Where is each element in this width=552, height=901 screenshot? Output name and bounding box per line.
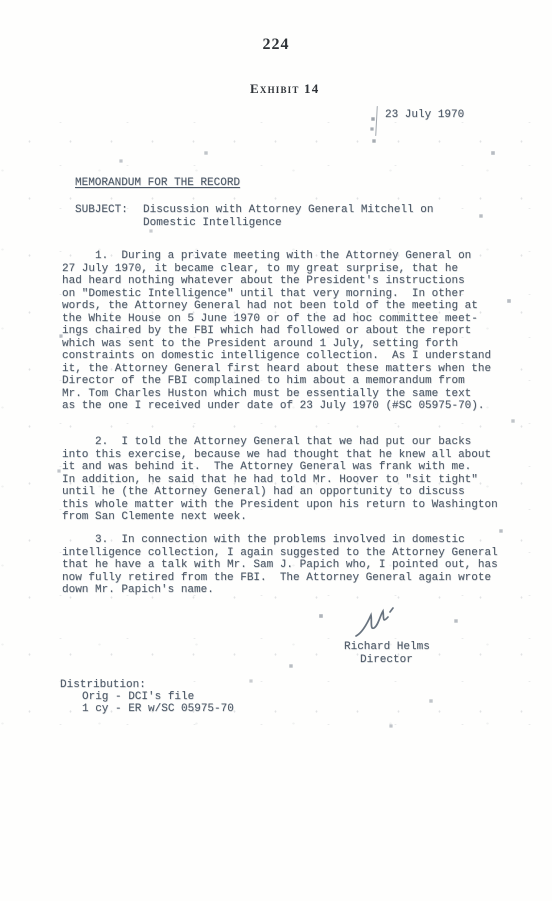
- distribution-orig-line: Orig - DCI's file: [82, 691, 194, 704]
- signature-scribble-icon: [352, 604, 404, 645]
- subject-text: Discussion with Attorney General Mitchel…: [143, 204, 433, 229]
- distribution-label: Distribution:: [60, 679, 146, 692]
- subject-label: SUBJECT:: [75, 204, 128, 217]
- memo-paragraph-3: 3. In connection with the problems invol…: [62, 534, 498, 597]
- page-number: 224: [0, 36, 552, 54]
- memo-heading: MEMORANDUM FOR THE RECORD: [75, 177, 240, 190]
- signature-title: Director: [360, 654, 413, 667]
- memo-date: 23 July 1970: [385, 109, 464, 122]
- scanned-memo-page: 224 Exhibit 14 23 July 1970 MEMORANDUM F…: [0, 0, 552, 901]
- distribution-copy-line: 1 cy - ER w/SC 05975-70: [82, 703, 234, 716]
- scan-speckles: [0, 0, 2, 2]
- scan-artifact: [375, 106, 378, 136]
- memo-paragraph-1: 1. During a private meeting with the Att…: [62, 250, 491, 413]
- signature-name: Richard Helms: [344, 641, 430, 654]
- memo-paragraph-2: 2. I told the Attorney General that we h…: [62, 436, 498, 524]
- exhibit-label: Exhibit 14: [250, 81, 319, 97]
